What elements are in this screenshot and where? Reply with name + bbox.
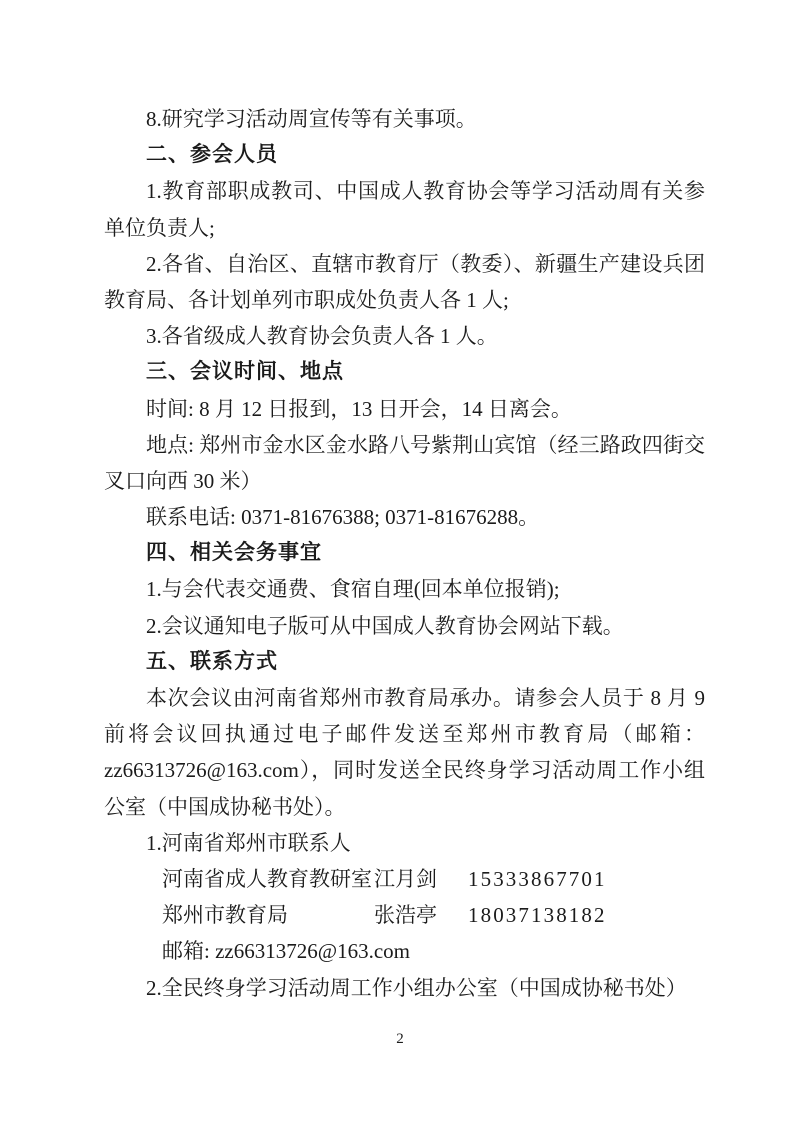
- doc-line: 公室（中国成协秘书处）。: [104, 789, 705, 825]
- page-number: 2: [0, 1031, 800, 1048]
- document-page: 8.研究学习活动周宣传等有关事项。二、参会人员1.教育部职成教司、中国成人教育协…: [0, 0, 800, 1131]
- doc-line: 2.会议通知电子版可从中国成人教育协会网站下载。: [104, 608, 705, 644]
- doc-line: 2.全民终身学习活动周工作小组办公室（中国成协秘书处）: [104, 970, 705, 1006]
- section-heading: 五、联系方式: [104, 644, 705, 680]
- doc-line: 地点: 郑州市金水区金水路八号紫荆山宾馆（经三路政四街交: [104, 427, 705, 463]
- contact-name: 江月剑: [374, 861, 468, 897]
- doc-line: 前将会议回执通过电子邮件发送至郑州市教育局（邮箱：: [104, 716, 705, 752]
- contact-phone: 15333867701: [468, 861, 607, 897]
- contact-org: 河南省成人教育教研室: [162, 861, 374, 897]
- contact-name: 张浩亭: [374, 897, 468, 933]
- doc-line: 2.各省、自治区、直辖市教育厅（教委）、新疆生产建设兵团: [104, 246, 705, 282]
- doc-line: 时间: 8 月 12 日报到，13 日开会，14 日离会。: [104, 391, 705, 427]
- doc-line: 1.河南省郑州市联系人: [104, 825, 705, 861]
- doc-line: 教育局、各计划单列市职成处负责人各 1 人;: [104, 282, 705, 318]
- doc-line: zz66313726@163.com），同时发送全民终身学习活动周工作小组办: [104, 752, 705, 788]
- contact-row: 河南省成人教育教研室江月剑15333867701: [104, 861, 705, 897]
- doc-line: 单位负责人;: [104, 210, 705, 246]
- document-body: 8.研究学习活动周宣传等有关事项。二、参会人员1.教育部职成教司、中国成人教育协…: [104, 101, 705, 1006]
- contact-row: 郑州市教育局张浩亭18037138182: [104, 897, 705, 933]
- doc-line: 邮箱: zz66313726@163.com: [104, 933, 705, 969]
- contact-org: 郑州市教育局: [162, 897, 374, 933]
- doc-line: 叉口向西 30 米）: [104, 463, 705, 499]
- doc-line: 1.教育部职成教司、中国成人教育协会等学习活动周有关参与: [104, 173, 705, 209]
- doc-line: 联系电话: 0371-81676388; 0371-81676288。: [104, 499, 705, 535]
- doc-line: 8.研究学习活动周宣传等有关事项。: [104, 101, 705, 137]
- doc-line: 3.各省级成人教育协会负责人各 1 人。: [104, 318, 705, 354]
- section-heading: 二、参会人员: [104, 137, 705, 173]
- section-heading: 四、相关会务事宜: [104, 535, 705, 571]
- section-heading: 三、会议时间、地点: [104, 354, 705, 390]
- contact-phone: 18037138182: [468, 897, 607, 933]
- doc-line: 本次会议由河南省郑州市教育局承办。请参会人员于 8 月 9 日: [104, 680, 705, 716]
- doc-line: 1.与会代表交通费、食宿自理(回本单位报销);: [104, 571, 705, 607]
